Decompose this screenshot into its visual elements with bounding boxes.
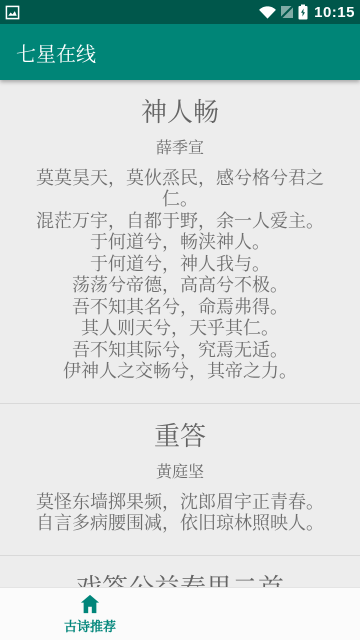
nav-item-label: 古诗推荐 [64,616,116,635]
battery-charging-icon [298,4,308,20]
poem-item[interactable]: 神人畅 薛季宣 莫莫昊天，莫伙烝民，感兮格兮君之仁。混茫万宇，自都于野，余一人爱… [0,80,360,404]
poem-title: 重答 [20,420,340,454]
poem-item[interactable]: 戏答公益春思二首 [0,556,360,587]
poem-title: 戏答公益春思二首 [20,572,340,587]
poem-line: 混茫万宇，自都于野，余一人爱主。 [24,211,336,233]
poem-author: 薛季宣 [20,135,340,158]
app-bar: 七星在线 [0,24,360,80]
bottom-nav: 古诗推荐 [0,587,360,640]
status-bar-right: 10:15 [259,4,355,21]
status-bar: 10:15 [0,0,360,24]
poem-line: 莫莫昊天，莫伙烝民，感兮格兮君之仁。 [24,168,336,211]
poem-title: 神人畅 [20,96,340,130]
poem-line: 伊神人之交畅兮，其帝之力。 [24,361,336,383]
app-title: 七星在线 [16,38,96,67]
poem-line: 自言多病腰围减，依旧琼林照映人。 [24,513,336,535]
status-bar-left [5,5,20,20]
poem-list[interactable]: 神人畅 薛季宣 莫莫昊天，莫伙烝民，感兮格兮君之仁。混茫万宇，自都于野，余一人爱… [0,80,360,587]
poem-line: 吾不知其际兮，究焉无适。 [24,340,336,362]
poem-line: 吾不知其名兮，命焉弗得。 [24,297,336,319]
screenshot-image-icon [5,5,20,20]
poem-line: 其人则天兮，天乎其仁。 [24,318,336,340]
home-icon [79,594,101,614]
poem-line: 于何道兮，神人我与。 [24,254,336,276]
poem-line: 于何道兮，畅浃神人。 [24,232,336,254]
poem-line: 荡荡兮帝德，高高兮不极。 [24,275,336,297]
wifi-icon [259,5,276,19]
poem-line: 莫怪东墙掷果频，沈郎眉宇正青春。 [24,492,336,514]
nav-item-gushi-tuijian[interactable]: 古诗推荐 [0,588,180,640]
poem-author: 黄庭坚 [20,459,340,482]
poem-body: 莫莫昊天，莫伙烝民，感兮格兮君之仁。混茫万宇，自都于野，余一人爱主。于何道兮，畅… [24,168,336,383]
no-sim-icon [280,5,294,19]
screen: 10:15 七星在线 神人畅 薛季宣 莫莫昊天，莫伙烝民，感兮格兮君之仁。混茫万… [0,0,360,640]
status-time: 10:15 [314,4,355,21]
poem-item[interactable]: 重答 黄庭坚 莫怪东墙掷果频，沈郎眉宇正青春。自言多病腰围减，依旧琼林照映人。 [0,404,360,556]
poem-body: 莫怪东墙掷果频，沈郎眉宇正青春。自言多病腰围减，依旧琼林照映人。 [24,492,336,535]
